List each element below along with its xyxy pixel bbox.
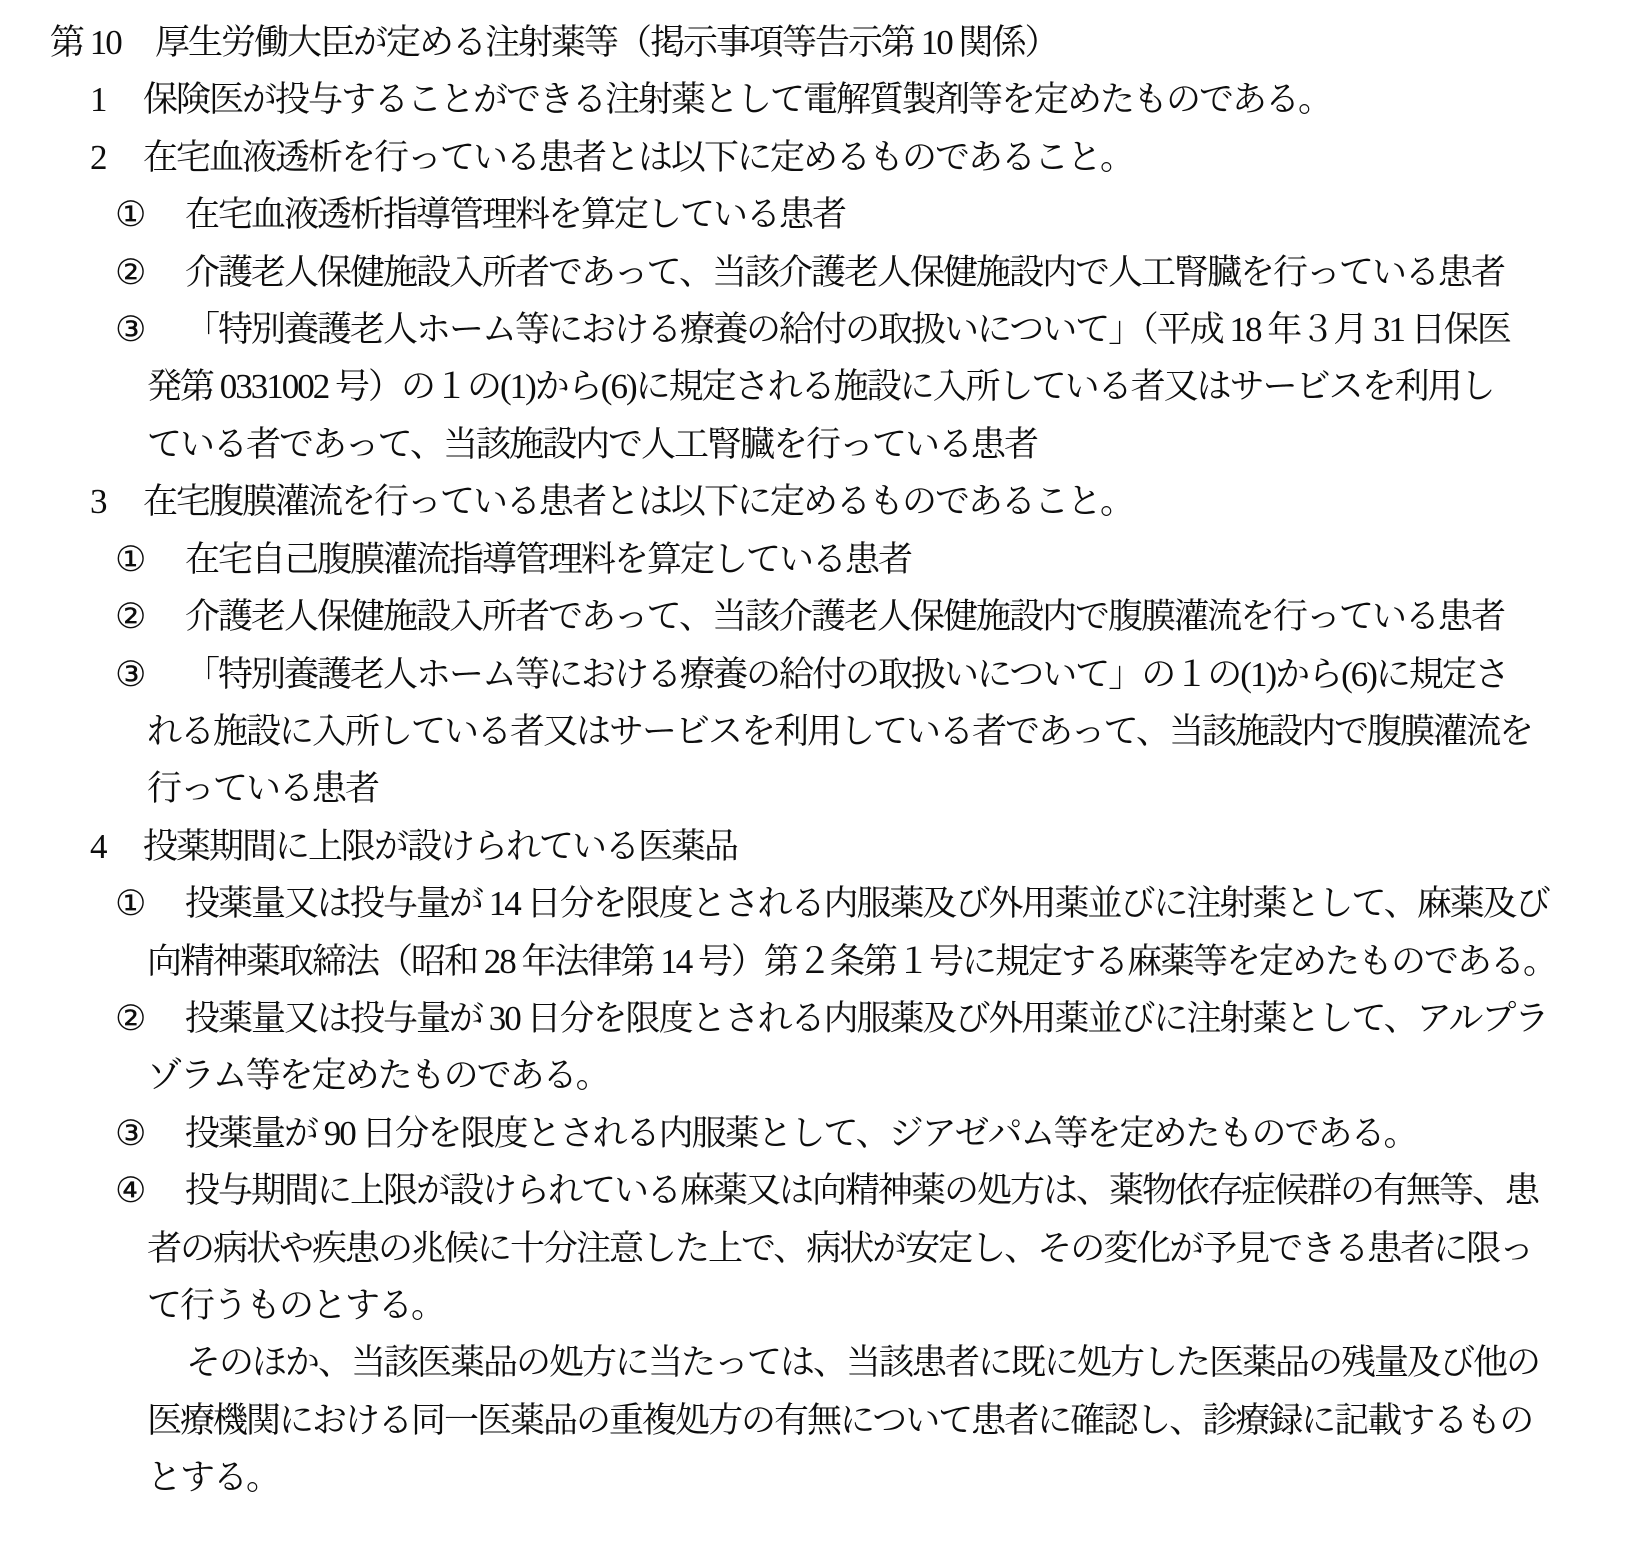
continuation-text: 行っている患者 <box>147 760 378 818</box>
subitem-text: 投薬量が 90 日分を限度とされる内服薬として、ジアゼパム等を定めたものである。 <box>185 1105 1416 1163</box>
continuation-line: 発第 0331002 号）の１の(1)から(6)に規定される施設に入所している者… <box>0 358 1644 416</box>
subitem-text: 在宅自己腹膜灌流指導管理料を算定している患者 <box>185 531 911 589</box>
item-line-3: 3 在宅腹膜灌流を行っている患者とは以下に定めるものであること。 <box>0 473 1644 531</box>
subitem-line: ① 在宅自己腹膜灌流指導管理料を算定している患者 <box>0 531 1644 589</box>
paragraph-first-line: そのほか、当該医薬品の処方に当たっては、当該患者に既に処方した医薬品の残量及び他… <box>0 1334 1644 1392</box>
item-line-2: 2 在宅血液透析を行っている患者とは以下に定めるものであること。 <box>0 129 1644 187</box>
continuation-text: て行うものとする。 <box>147 1277 444 1335</box>
circled-number: ② <box>115 244 144 302</box>
continuation-text: れる施設に入所している者又はサービスを利用している者であって、当該施設内で腹膜灌… <box>147 703 1532 761</box>
circled-number: ① <box>115 531 144 589</box>
continuation-text: 医療機関における同一医薬品の重複処方の有無について患者に確認し、診療録に記載する… <box>147 1392 1532 1450</box>
subitem-line: ① 投薬量又は投与量が 14 日分を限度とされる内服薬及び外用薬並びに注射薬とし… <box>0 875 1644 933</box>
subitem-text: 介護老人保健施設入所者であって、当該介護老人保健施設内で人工腎臓を行っている患者 <box>185 244 1504 302</box>
continuation-line: とする。 <box>0 1449 1644 1507</box>
circled-number: ① <box>115 875 144 933</box>
item-text: 投薬期間に上限が設けられている医薬品 <box>143 818 737 876</box>
subitem-text: 投薬量又は投与量が 30 日分を限度とされる内服薬及び外用薬並びに注射薬として、… <box>185 990 1547 1048</box>
subitem-line: ③ 投薬量が 90 日分を限度とされる内服薬として、ジアゼパム等を定めたものであ… <box>0 1105 1644 1163</box>
subitem-line: ② 投薬量又は投与量が 30 日分を限度とされる内服薬及び外用薬並びに注射薬とし… <box>0 990 1644 1048</box>
circled-number: ③ <box>115 1105 144 1163</box>
circled-number: ④ <box>115 1162 144 1220</box>
continuation-text: ゾラム等を定めたものである。 <box>147 1047 609 1105</box>
subitem-line: ③ 「特別養護老人ホーム等における療養の給付の取扱いについて」（平成 18 年３… <box>0 301 1644 359</box>
circled-number: ③ <box>115 646 144 704</box>
item-line-4: 4 投薬期間に上限が設けられている医薬品 <box>0 818 1644 876</box>
paragraph-text: そのほか、当該医薬品の処方に当たっては、当該患者に既に処方した医薬品の残量及び他… <box>186 1334 1539 1392</box>
item-number: 3 <box>90 473 106 531</box>
circled-number: ② <box>115 588 144 646</box>
continuation-text: とする。 <box>147 1449 279 1507</box>
item-number: 2 <box>90 129 106 187</box>
doc-heading-line: 第 10 厚生労働大臣が定める注射薬等（掲示事項等告示第 10 関係） <box>0 14 1644 72</box>
subitem-line: ④ 投与期間に上限が設けられている麻薬又は向精神薬の処方は、薬物依存症候群の有無… <box>0 1162 1644 1220</box>
item-text: 在宅血液透析を行っている患者とは以下に定めるものであること。 <box>143 129 1133 187</box>
subitem-text: 在宅血液透析指導管理料を算定している患者 <box>185 186 845 244</box>
item-number: 4 <box>90 818 106 876</box>
circled-number: ② <box>115 990 144 1048</box>
continuation-line: ゾラム等を定めたものである。 <box>0 1047 1644 1105</box>
subitem-text: 「特別養護老人ホーム等における療養の給付の取扱いについて」（平成 18 年３月 … <box>185 301 1510 359</box>
subitem-line: ③ 「特別養護老人ホーム等における療養の給付の取扱いについて」の１の(1)から(… <box>0 646 1644 704</box>
subitem-text: 投与期間に上限が設けられている麻薬又は向精神薬の処方は、薬物依存症候群の有無等、… <box>185 1162 1538 1220</box>
document-page: 第 10 厚生労働大臣が定める注射薬等（掲示事項等告示第 10 関係） 1 保険… <box>0 0 1644 1550</box>
continuation-line: 医療機関における同一医薬品の重複処方の有無について患者に確認し、診療録に記載する… <box>0 1392 1644 1450</box>
circled-number: ① <box>115 186 144 244</box>
heading-marker: 第 10 <box>50 14 121 72</box>
subitem-text: 介護老人保健施設入所者であって、当該介護老人保健施設内で腹膜灌流を行っている患者 <box>185 588 1504 646</box>
heading-text: 厚生労働大臣が定める注射薬等（掲示事項等告示第 10 関係） <box>155 14 1058 72</box>
subitem-line: ② 介護老人保健施設入所者であって、当該介護老人保健施設内で腹膜灌流を行っている… <box>0 588 1644 646</box>
item-number: 1 <box>90 71 106 129</box>
continuation-text: ている者であって、当該施設内で人工腎臓を行っている患者 <box>147 416 1037 474</box>
circled-number: ③ <box>115 301 144 359</box>
subitem-line: ② 介護老人保健施設入所者であって、当該介護老人保健施設内で人工腎臓を行っている… <box>0 244 1644 302</box>
subitem-line: ① 在宅血液透析指導管理料を算定している患者 <box>0 186 1644 244</box>
continuation-line: れる施設に入所している者又はサービスを利用している者であって、当該施設内で腹膜灌… <box>0 703 1644 761</box>
item-text: 在宅腹膜灌流を行っている患者とは以下に定めるものであること。 <box>143 473 1133 531</box>
continuation-line: ている者であって、当該施設内で人工腎臓を行っている患者 <box>0 416 1644 474</box>
subitem-text: 「特別養護老人ホーム等における療養の給付の取扱いについて」の１の(1)から(6)… <box>185 646 1508 704</box>
item-text: 保険医が投与することができる注射薬として電解質製剤等を定めたものである。 <box>143 71 1331 129</box>
continuation-line: 行っている患者 <box>0 760 1644 818</box>
continuation-line: 者の病状や疾患の兆候に十分注意した上で、病状が安定し、その変化が予見できる患者に… <box>0 1220 1644 1278</box>
continuation-line: て行うものとする。 <box>0 1277 1644 1335</box>
continuation-text: 発第 0331002 号）の１の(1)から(6)に規定される施設に入所している者… <box>147 358 1494 416</box>
continuation-text: 向精神薬取締法（昭和 28 年法律第 14 号）第２条第１号に規定する麻薬等を定… <box>147 933 1556 991</box>
continuation-line: 向精神薬取締法（昭和 28 年法律第 14 号）第２条第１号に規定する麻薬等を定… <box>0 933 1644 991</box>
subitem-text: 投薬量又は投与量が 14 日分を限度とされる内服薬及び外用薬並びに注射薬として、… <box>185 875 1549 933</box>
item-line-1: 1 保険医が投与することができる注射薬として電解質製剤等を定めたものである。 <box>0 71 1644 129</box>
continuation-text: 者の病状や疾患の兆候に十分注意した上で、病状が安定し、その変化が予見できる患者に… <box>147 1220 1532 1278</box>
